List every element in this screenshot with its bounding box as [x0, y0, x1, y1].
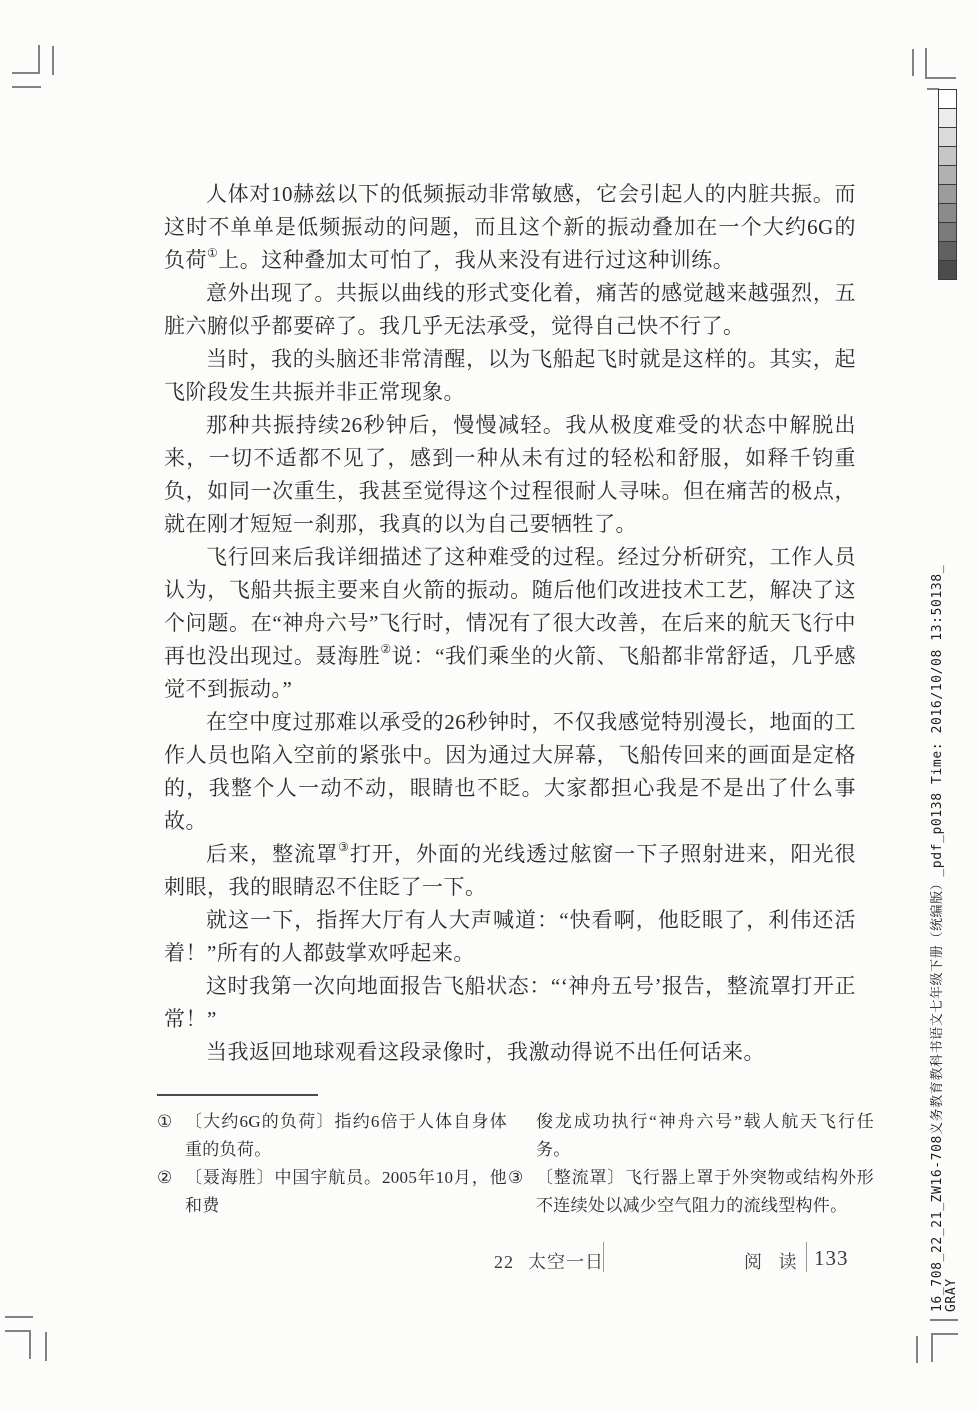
crop-mark — [916, 1336, 918, 1363]
grayscale-cell — [939, 109, 956, 128]
grayscale-cell — [939, 185, 956, 204]
grayscale-cell — [939, 147, 956, 166]
footnote-item: 俊龙成功执行“神舟六号”载人航天飞行任务。 — [508, 1108, 874, 1164]
grayscale-cell — [939, 204, 956, 223]
paragraph: 在空中度过那难以承受的26秒钟时，不仅我感觉特别漫长，地面的工作人员也陷入空前的… — [164, 706, 856, 838]
grayscale-cell — [939, 223, 956, 242]
paragraph: 那种共振持续26秒钟后，慢慢减轻。我从极度难受的状态中解脱出来，一切不适都不见了… — [164, 409, 856, 541]
section-label: 阅 读 — [744, 1248, 803, 1274]
lesson-title: 太空一日 — [528, 1252, 604, 1272]
footnote-item: ①〔大约6G的负荷〕指约6倍于人体自身体重的负荷。 — [157, 1108, 507, 1164]
print-filename-text: 16_708_22_21_ZW16-708义务教育教科书语文七年级下册（统编版）… — [931, 267, 945, 1312]
scanned-textbook-page: 人体对10赫兹以下的低频振动非常敏感，它会引起人的内脏共振。而这时不单单是低频振… — [0, 0, 979, 1411]
footnote-text: 〔聂海胜〕中国宇航员。2005年10月，他和费 — [185, 1168, 507, 1215]
paragraph: 就这一下，指挥大厅有人大声喊道：“快看啊，他眨眼了，利伟还活着！”所有的人都鼓掌… — [164, 904, 856, 970]
print-gray-label: GRAY — [945, 267, 959, 1312]
paragraph: 飞行回来后我详细描述了这种难受的过程。经过分析研究，工作人员认为，飞船共振主要来… — [164, 541, 856, 706]
crop-mark — [930, 1319, 958, 1321]
grayscale-cell — [939, 128, 956, 147]
footnote-text: 俊龙成功执行“神舟六号”载人航天飞行任务。 — [536, 1112, 874, 1159]
grayscale-calibration-strip — [938, 89, 957, 280]
footnote-marker: ① — [157, 1108, 173, 1136]
crop-mark — [52, 46, 54, 75]
footnote-marker: ③ — [508, 1164, 524, 1192]
footer-divider — [603, 1242, 604, 1272]
footnote-separator — [157, 1094, 318, 1096]
footnote-reference: ③ — [338, 840, 350, 854]
print-info-sidebar: 16_708_22_21_ZW16-708义务教育教科书语文七年级下册（统编版）… — [931, 267, 959, 1312]
lesson-heading: 22太空一日 — [494, 1248, 604, 1274]
crop-mark — [5, 1316, 33, 1318]
footnote-item: ②〔聂海胜〕中国宇航员。2005年10月，他和费 — [157, 1164, 507, 1220]
page-footer: 22太空一日 阅 读 133 — [0, 1240, 979, 1276]
crop-mark — [925, 48, 927, 79]
crop-mark — [29, 1330, 31, 1359]
paragraph: 当我返回地球观看这段录像时，我激动得说不出任何话来。 — [164, 1036, 856, 1069]
footnotes-left: ①〔大约6G的负荷〕指约6倍于人体自身体重的负荷。②〔聂海胜〕中国宇航员。200… — [157, 1108, 507, 1220]
crop-mark — [12, 86, 41, 88]
page-number: 133 — [814, 1246, 849, 1271]
paragraph: 意外出现了。共振以曲线的形式变化着，痛苦的感觉越来越强烈，五脏六腑似乎都要碎了。… — [164, 277, 856, 343]
crop-mark — [45, 1332, 47, 1361]
footer-divider — [806, 1242, 807, 1272]
footnote-text: 〔整流罩〕飞行器上罩于外突物或结构外形不连续处以减少空气阻力的流线型构件。 — [536, 1168, 874, 1215]
paragraph: 这时我第一次向地面报告飞船状态：“‘神舟五号’报告，整流罩打开正常！” — [164, 970, 856, 1036]
crop-mark — [38, 45, 40, 74]
footnote-reference: ② — [380, 642, 391, 656]
footnote-item: ③〔整流罩〕飞行器上罩于外突物或结构外形不连续处以减少空气阻力的流线型构件。 — [508, 1164, 874, 1220]
footnote-text: 〔大约6G的负荷〕指约6倍于人体自身体重的负荷。 — [185, 1112, 507, 1159]
footnote-reference: ① — [207, 246, 218, 260]
footnotes-right: 俊龙成功执行“神舟六号”载人航天飞行任务。③〔整流罩〕飞行器上罩于外突物或结构外… — [508, 1108, 874, 1220]
crop-mark — [12, 72, 40, 74]
grayscale-cell — [939, 90, 956, 109]
crop-mark — [925, 77, 956, 79]
crop-mark — [931, 1333, 933, 1362]
crop-mark — [5, 1330, 31, 1332]
grayscale-cell — [939, 166, 956, 185]
paragraph: 后来，整流罩③打开，外面的光线透过舷窗一下子照射进来，阳光很刺眼，我的眼睛忍不住… — [164, 838, 856, 904]
paragraph: 当时，我的头脑还非常清醒，以为飞船起飞时就是这样的。其实，起飞阶段发生共振并非正… — [164, 343, 856, 409]
grayscale-cell — [939, 242, 956, 261]
crop-mark — [912, 49, 914, 76]
paragraph: 人体对10赫兹以下的低频振动非常敏感，它会引起人的内脏共振。而这时不单单是低频振… — [164, 178, 856, 277]
crop-mark — [931, 1333, 958, 1335]
lesson-number: 22 — [494, 1252, 514, 1272]
article-body: 人体对10赫兹以下的低频振动非常敏感，它会引起人的内脏共振。而这时不单单是低频振… — [164, 178, 856, 1069]
footnote-marker: ② — [157, 1164, 173, 1192]
